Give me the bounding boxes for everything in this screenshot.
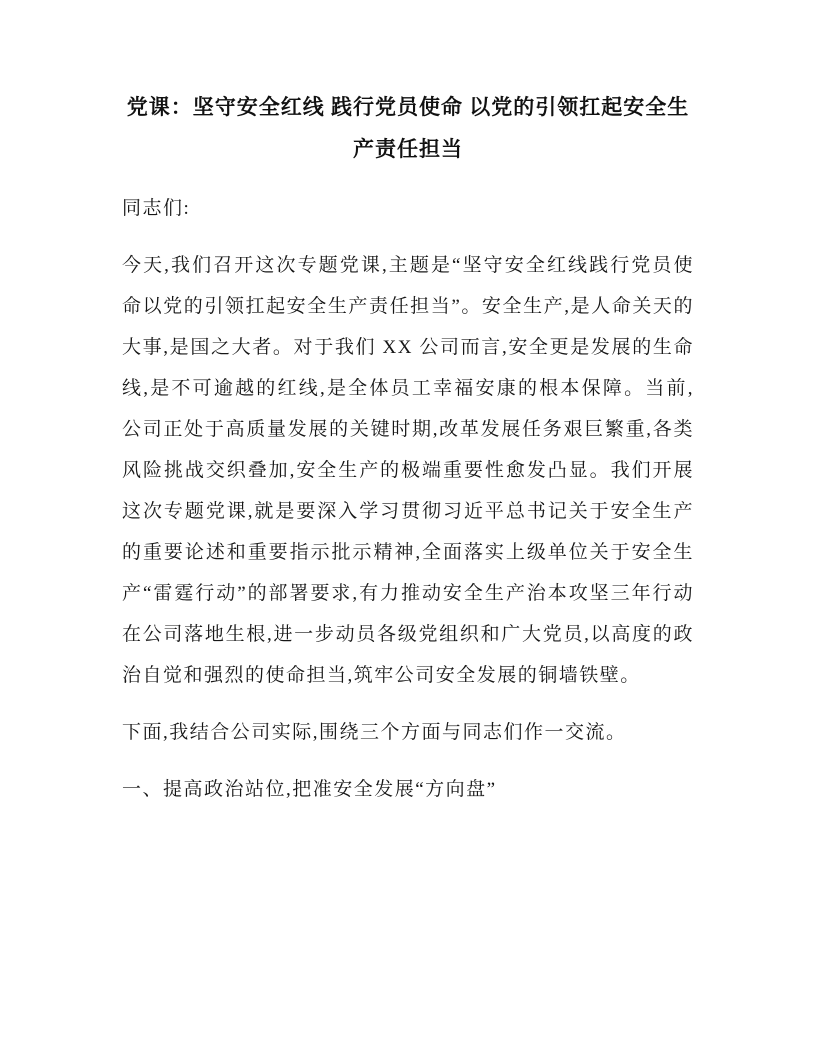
paragraph-body: 今天,我们召开这次专题党课,主题是“坚守安全红线践行党员使命以党的引领扛起安全生…	[122, 245, 694, 696]
document-page: 党课：坚守安全红线 践行党员使命 以党的引领扛起安全生产责任担当 同志们:今天,…	[0, 0, 816, 1056]
paragraph-body: 下面,我结合公司实际,围绕三个方面与同志们作一交流。	[122, 712, 694, 753]
document-title: 党课：坚守安全红线 践行党员使命 以党的引领扛起安全生产责任担当	[122, 86, 694, 170]
paragraph-salutation: 同志们:	[122, 188, 694, 229]
paragraph-section-heading: 一、提高政治站位,把准安全发展“方向盘”	[122, 769, 694, 810]
document-body: 同志们:今天,我们召开这次专题党课,主题是“坚守安全红线践行党员使命以党的引领扛…	[122, 188, 694, 810]
